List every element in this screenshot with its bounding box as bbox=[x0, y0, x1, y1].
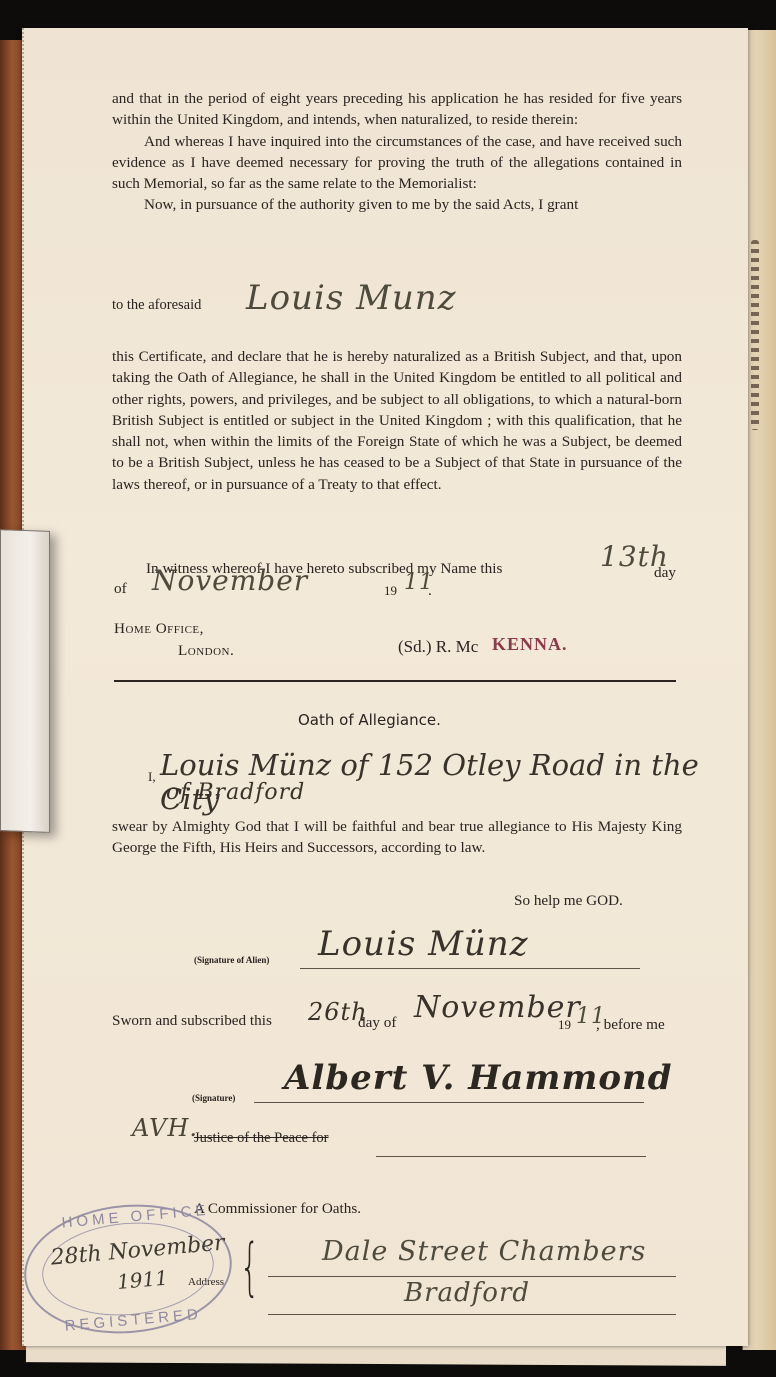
signature-line bbox=[254, 1102, 644, 1103]
declarant-handwritten-line2: of Bradford bbox=[166, 780, 305, 805]
commissioner: A Commissioner for Oaths. bbox=[194, 1198, 361, 1219]
address-brace: { bbox=[240, 1236, 260, 1298]
address-line1-handwritten: Dale Street Chambers bbox=[322, 1236, 646, 1267]
grant-paragraph: Now, in pursuance of the authority given… bbox=[112, 194, 682, 215]
certificate-body: and that in the period of eight years pr… bbox=[112, 88, 682, 216]
sworn-prefix: Sworn and subscribed this bbox=[112, 1010, 272, 1031]
to-aforesaid-label: to the aforesaid bbox=[112, 295, 201, 316]
whereas-paragraph: And whereas I have inquired into the cir… bbox=[112, 131, 682, 195]
signature-alien-label: (Signature of Alien) bbox=[194, 950, 269, 971]
sworn-month-handwritten: November bbox=[414, 990, 581, 1025]
closing: So help me GOD. bbox=[514, 890, 623, 911]
grantee-name-handwritten: Louis Munz bbox=[246, 278, 457, 318]
initials-handwritten: AVH. bbox=[132, 1114, 198, 1142]
witness-month-handwritten: November bbox=[152, 564, 308, 597]
signature-alien-handwritten: Louis Münz bbox=[318, 924, 529, 964]
sworn-year-printed: 19 bbox=[558, 1014, 571, 1035]
stamp-year-handwritten: 1911 bbox=[116, 1266, 169, 1294]
decorative-border bbox=[751, 240, 759, 430]
signed-stamp: KENNA. bbox=[492, 634, 568, 655]
certificate-paragraph-block: this Certificate, and declare that he is… bbox=[112, 346, 682, 495]
day-label: day bbox=[654, 562, 676, 583]
oath-title: Oath of Allegiance. bbox=[298, 710, 441, 731]
witness-year-printed: 19 bbox=[384, 580, 397, 601]
year-period: . bbox=[428, 580, 432, 601]
address-line1-rule bbox=[268, 1276, 676, 1277]
sworn-day-label: day of bbox=[358, 1012, 396, 1033]
address-line2-handwritten: Bradford bbox=[404, 1278, 530, 1308]
intro-paragraph: and that in the period of eight years pr… bbox=[112, 88, 682, 131]
certificate-page: and that in the period of eight years pr… bbox=[22, 28, 748, 1346]
section-divider bbox=[114, 680, 676, 682]
oath-text: swear by Almighty God that I will be fai… bbox=[112, 816, 682, 859]
signature-handwritten: Albert V. Hammond bbox=[284, 1058, 673, 1098]
signature-label: (Signature) bbox=[192, 1088, 235, 1109]
archival-tab-clip bbox=[0, 529, 50, 833]
i-label: I, bbox=[148, 766, 156, 787]
of-label: of bbox=[114, 578, 127, 599]
signed-prefix: (Sd.) R. Mc bbox=[398, 636, 478, 657]
sworn-suffix: , before me bbox=[596, 1014, 665, 1035]
oath-text-block: swear by Almighty God that I will be fai… bbox=[112, 816, 682, 859]
justice-struck: Justice of the Peace for bbox=[194, 1128, 328, 1149]
justice-line bbox=[376, 1156, 646, 1157]
signature-alien-line bbox=[300, 968, 640, 969]
office-line1: Home Office, bbox=[114, 618, 204, 639]
address-line2-rule bbox=[268, 1314, 676, 1315]
office-line2: London. bbox=[178, 640, 234, 661]
certificate-paragraph: this Certificate, and declare that he is… bbox=[112, 346, 682, 495]
